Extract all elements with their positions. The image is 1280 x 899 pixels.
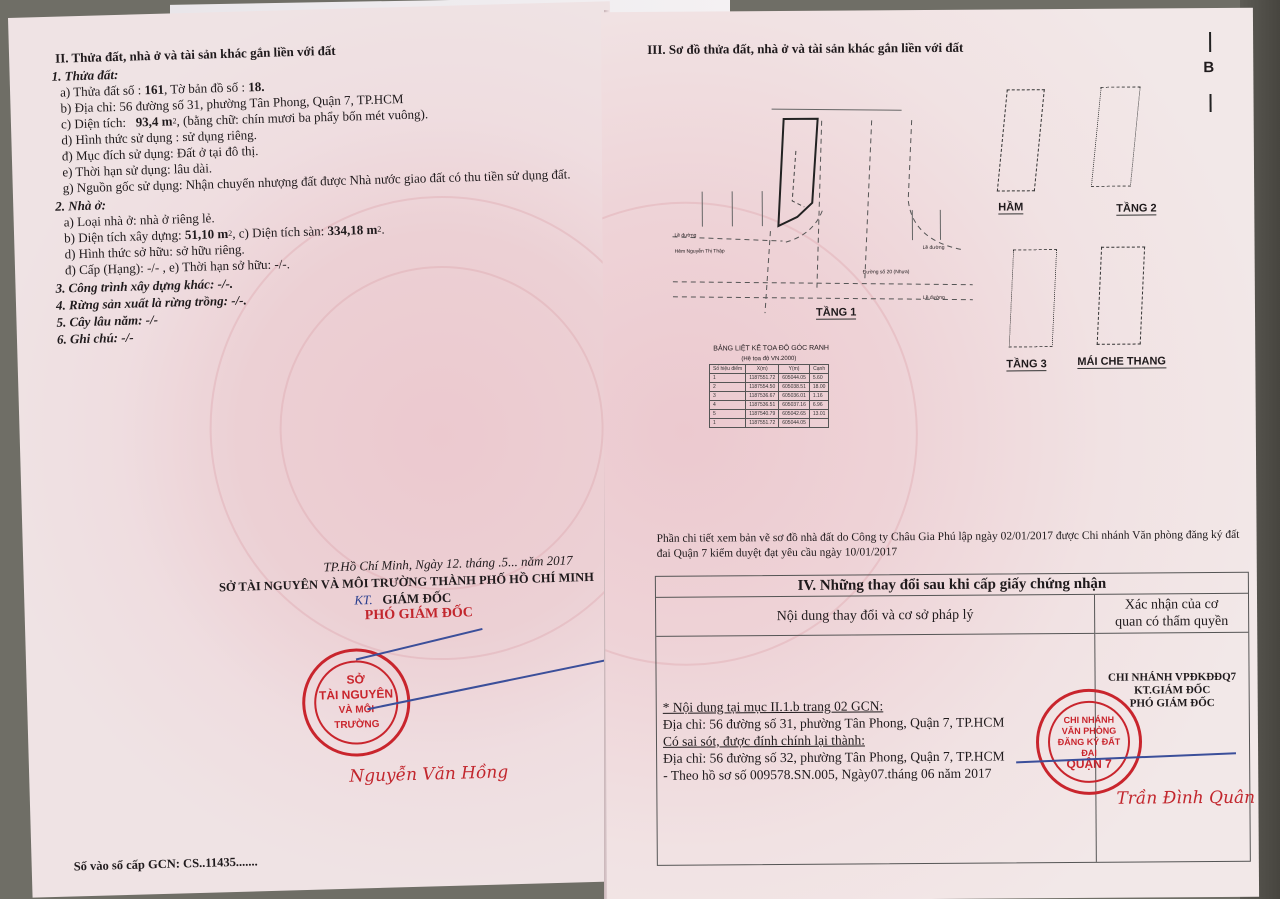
coord-table-row: 41187536.51605037.166.96: [710, 401, 829, 410]
certificate-page-right: III. Sơ đồ thửa đất, nhà ở và tài sản kh…: [601, 8, 1259, 899]
area-label: c) Diện tích:: [61, 115, 126, 132]
coord-col-header: Cạnh: [809, 365, 829, 374]
seal-inner: CHI NHÁNH VĂN PHÒNG ĐĂNG KÝ ĐẤT ĐAI QUẬN…: [1048, 701, 1131, 784]
coord-table-cell: 605038.51: [779, 383, 810, 392]
coord-table-cell: 1.16: [809, 392, 829, 401]
plan-label-floor-2: TẦNG 2: [1116, 202, 1156, 215]
plan-label-ground-floor: TẦNG 1: [816, 307, 856, 320]
coord-table-cell: 18.00: [809, 383, 829, 392]
changes-content-header: Nội dung thay đổi và cơ sở pháp lý: [656, 595, 1094, 637]
page-marker-line: [1209, 94, 1211, 112]
coord-table-cell: 1: [710, 374, 746, 383]
land-heading: 1. Thửa đất:: [51, 67, 118, 85]
perennial-trees: 5. Cây lâu năm: -/-: [56, 312, 158, 331]
seal-line: VĂN PHÒNG: [1062, 725, 1117, 736]
coord-table-row: 21187554.50605038.5118.00: [710, 383, 829, 392]
page-marker: B: [1203, 60, 1214, 76]
certificate-page-left: II. Thửa đất, nhà ở và tài sản khác gắn …: [8, 1, 634, 897]
changes-content-body: * Nội dung tại mục II.1.b trang 02 GCN: …: [657, 692, 1096, 788]
coord-table-row: 11187551.72605044.055.60: [710, 374, 829, 383]
seal-line: ĐĂNG KÝ ĐẤT ĐAI: [1050, 736, 1128, 759]
coord-table-cell: 605042.65: [779, 410, 810, 419]
coord-table-cell: 13.01: [809, 410, 829, 419]
parcel-number: 161: [144, 82, 164, 98]
changes-confirm-header: Xác nhận của cơ quan có thẩm quyền: [1095, 594, 1248, 634]
coord-table-cell: 1187551.72: [746, 419, 779, 428]
confirm-kt: KT.GIÁM ĐỐC: [1096, 684, 1249, 698]
seal-inner: SỞ TÀI NGUYÊN VÀ MÔI TRƯỜNG: [313, 660, 399, 746]
seal-line: CHI NHÁNH: [1064, 714, 1115, 725]
street-label: Đường số 20 (Nhựa): [863, 264, 910, 280]
coord-table-body: 11187551.72605044.055.6021187554.5060503…: [710, 374, 829, 428]
coord-table-cell: 605036.01: [779, 392, 810, 401]
signer-name: Nguyễn Văn Hồng: [349, 762, 508, 786]
official-seal-land-office: CHI NHÁNH VĂN PHÒNG ĐĂNG KÝ ĐẤT ĐAI QUẬN…: [1036, 689, 1143, 796]
signature-ink-stroke: [367, 654, 632, 710]
street-label: Lề đường: [923, 290, 945, 306]
street-label: Hẻm Nguyễn Thị Thập: [675, 243, 725, 259]
parcel-label: a) Thửa đất số :: [60, 82, 142, 99]
director-title: GIÁM ĐỐC: [382, 590, 451, 608]
floor-plan-floor-3: [1009, 249, 1057, 347]
house-heading: 2. Nhà ở:: [55, 197, 106, 214]
deputy-director-title: PHÓ GIÁM ĐỐC: [365, 605, 474, 624]
coord-col-header: X(m): [746, 365, 779, 374]
coord-table-cell: 5.60: [809, 374, 829, 383]
coordinate-table: Số hiệu điểm X(m) Y(m) Cạnh 11187551.726…: [709, 364, 829, 428]
confirm-org: CHI NHÁNH VPĐKĐĐQ7: [1096, 671, 1249, 685]
coord-table-cell: 1187551.72: [746, 374, 779, 383]
coord-table-row: 11187551.72605044.05: [710, 419, 829, 428]
change-line: - Theo hồ sơ số 009578.SN.005, Ngày07.th…: [663, 764, 1089, 784]
coord-table-cell: 605037.16: [779, 401, 810, 410]
floor-area-label: , c) Diện tích sàn:: [232, 223, 324, 241]
street-label: Lề đường: [674, 228, 696, 244]
registry-number: Số vào sổ cấp GCN: CS..11435.......: [73, 853, 257, 874]
floor-plan-floor-2: [1091, 87, 1141, 187]
coord-table-cell: 605044.05: [779, 374, 810, 383]
plan-label-basement: HẦM: [998, 201, 1023, 214]
plan-label-floor-3: TẦNG 3: [1006, 358, 1046, 371]
coord-table-cell: 1187536.67: [746, 392, 779, 401]
coord-table-cell: 1: [710, 419, 746, 428]
street-label: Lề đường: [923, 240, 945, 256]
coord-table-row: 51187540.79605042.6513.01: [710, 410, 829, 419]
page-marker-line: [1209, 32, 1211, 52]
floor-area-sup: 2: [377, 225, 381, 234]
coord-col-header: Y(m): [779, 365, 810, 374]
coord-table-cell: 4: [710, 401, 746, 410]
map-sheet-number: 18.: [248, 79, 265, 94]
site-plan-ground-floor: [671, 90, 973, 322]
floor-area-value: 334,18 m: [327, 222, 377, 238]
coord-table-cell: 2: [710, 383, 746, 392]
coord-table-cell: 3: [710, 392, 746, 401]
coord-table-cell: [809, 419, 829, 428]
coord-table-cell: 1187554.50: [746, 383, 779, 392]
drawing-note: Phần chi tiết xem bản vẽ sơ đồ nhà đất d…: [657, 528, 1247, 562]
seal-line: VÀ MÔI TRƯỜNG: [316, 701, 396, 733]
changes-content-column: Nội dung thay đổi và cơ sở pháp lý * Nội…: [656, 595, 1097, 865]
changes-table: IV. Những thay đổi sau khi cấp giấy chứn…: [655, 572, 1251, 866]
notes: 6. Ghi chú: -/-: [57, 330, 134, 348]
coord-table-cell: 5: [710, 410, 746, 419]
map-sheet-label: , Tờ bản đồ số :: [164, 79, 245, 96]
land-office-signer: Trần Đình Quân: [1116, 788, 1255, 809]
coord-table-cell: 1187540.79: [746, 410, 779, 419]
coord-table-cell: 1187536.51: [746, 401, 779, 410]
coord-table-cell: 605044.05: [779, 419, 810, 428]
coord-col-header: Số hiệu điểm: [710, 365, 746, 374]
floor-plan-stair-roof: [1097, 246, 1145, 344]
coord-table-cell: 6.96: [809, 401, 829, 410]
kt-handwritten: KT.: [354, 592, 373, 609]
confirm-header-line: quan có thẩm quyền: [1115, 613, 1228, 631]
build-area-value: 51,10 m: [185, 226, 229, 242]
seal-line: SỞ: [346, 672, 365, 688]
coord-table-row: 31187536.67605036.011.16: [710, 392, 829, 401]
section-title-ii: II. Thửa đất, nhà ở và tài sản khác gắn …: [55, 43, 336, 67]
section-title-iii: III. Sơ đồ thửa đất, nhà ở và tài sản kh…: [647, 40, 963, 58]
plan-label-stair-roof: MÁI CHE THANG: [1077, 355, 1166, 369]
confirm-header-line: Xác nhận của cơ: [1125, 596, 1218, 614]
floor-plan-basement: [997, 89, 1045, 191]
coord-table-header: Số hiệu điểm X(m) Y(m) Cạnh: [710, 365, 829, 374]
area-value: 93,4 m: [135, 113, 172, 129]
